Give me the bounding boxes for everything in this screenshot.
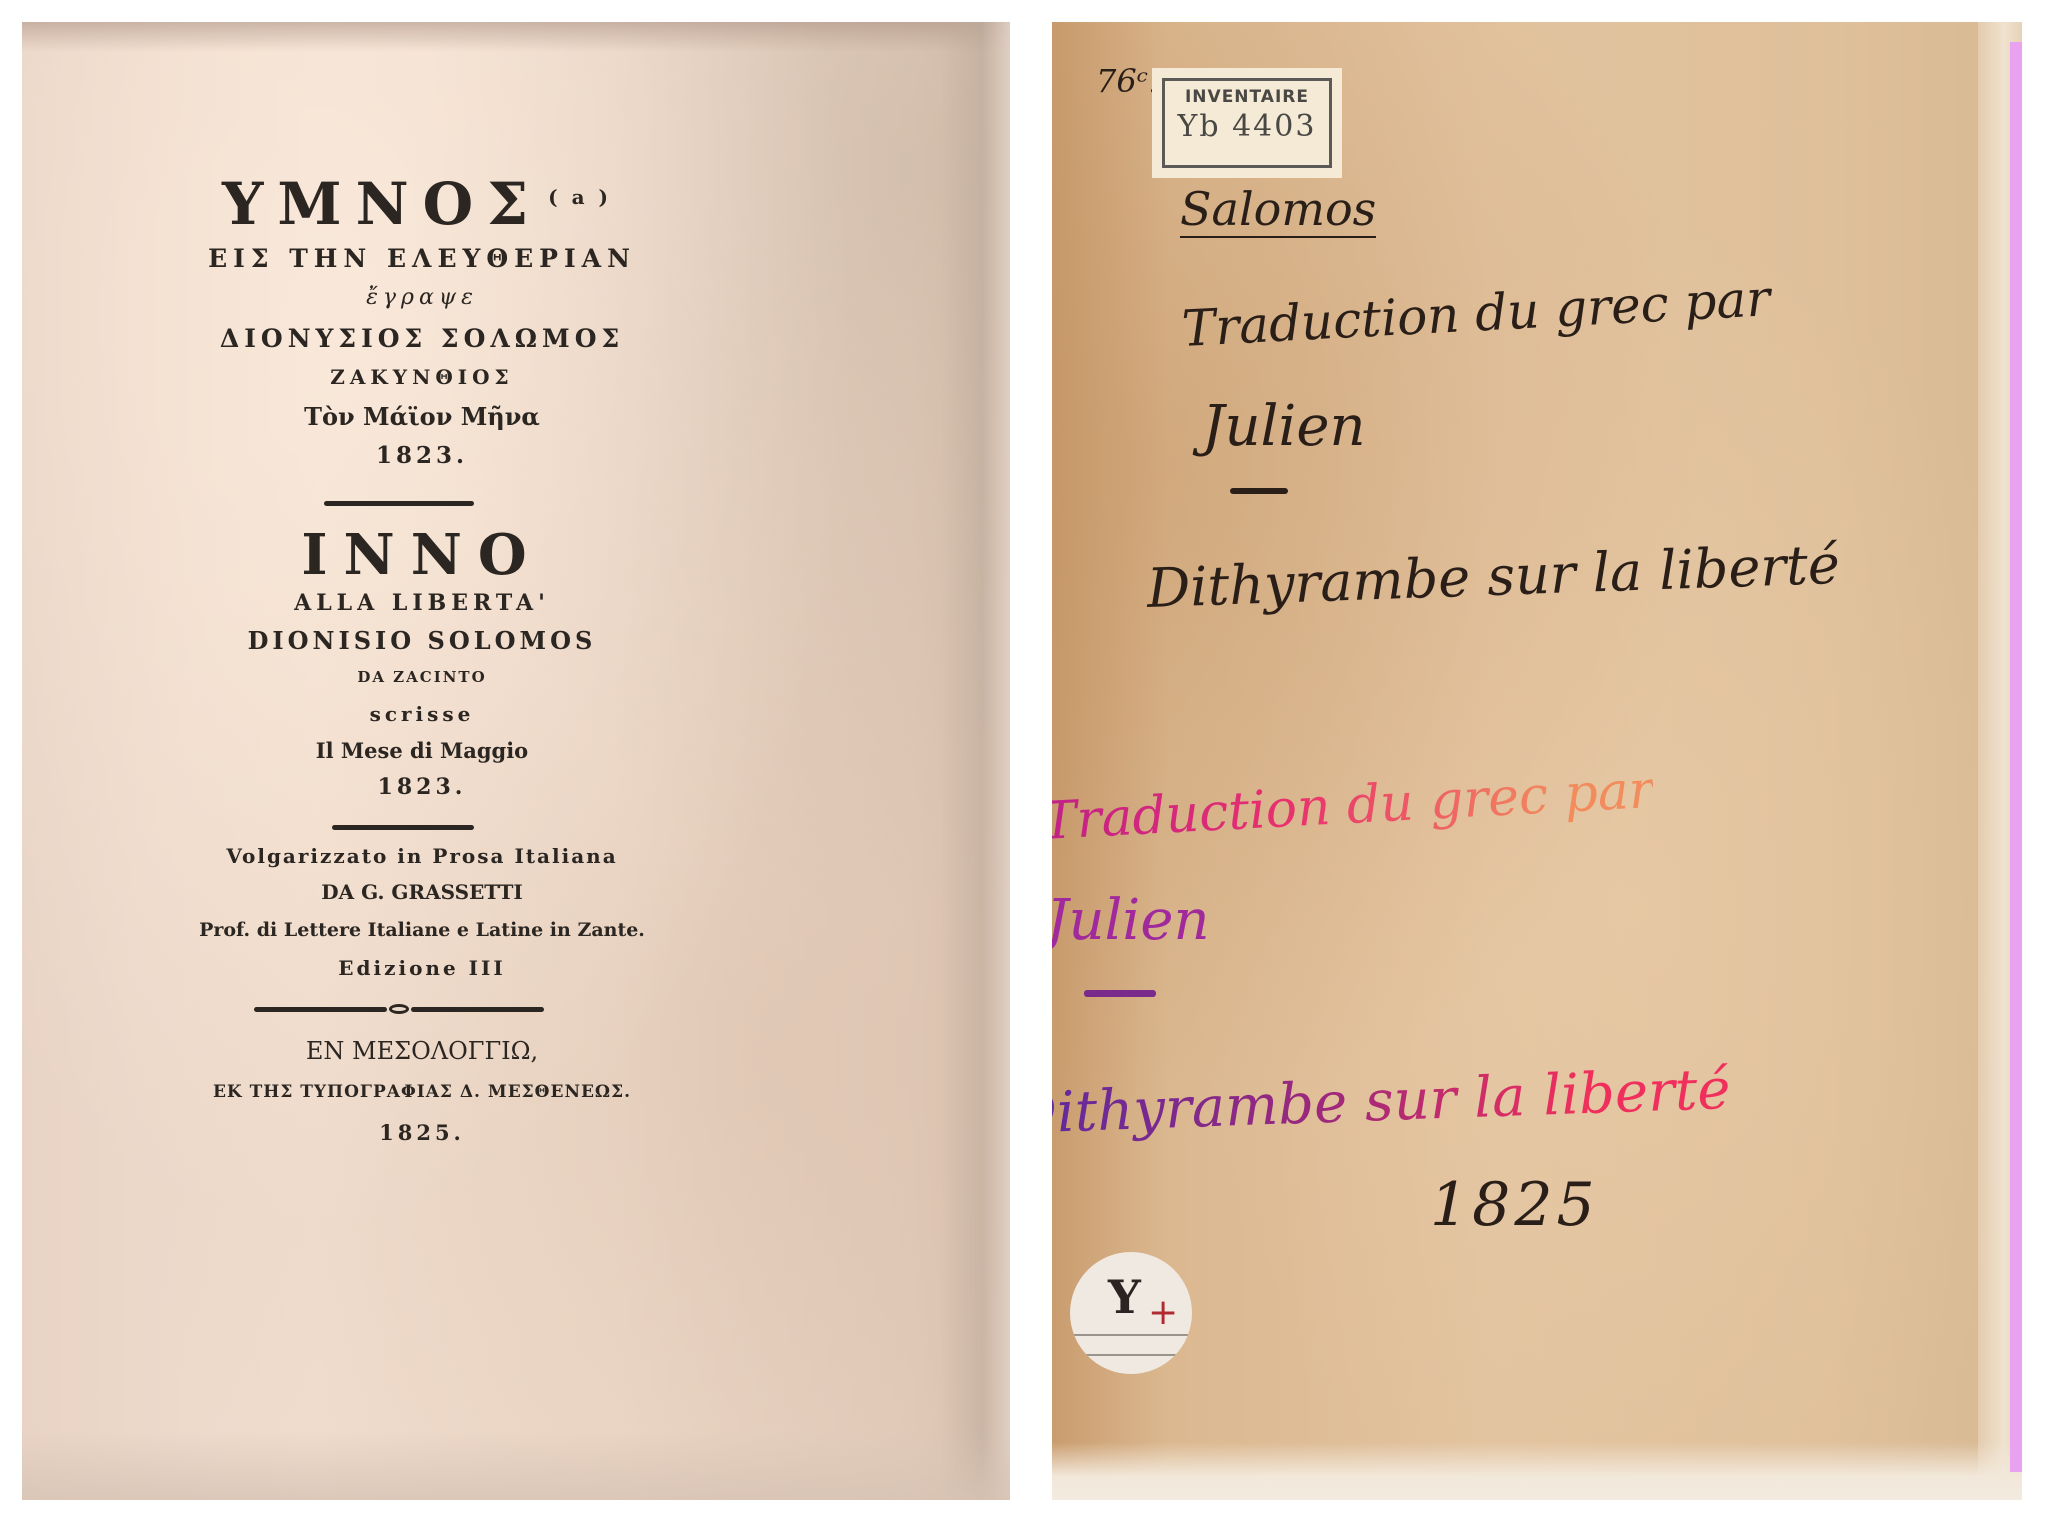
stamp-label: INVENTAIRE [1165, 87, 1329, 107]
italian-origin: DA ZACINTO [22, 668, 822, 686]
italian-wrote: scrisse [22, 702, 822, 726]
footnote-marker: (a) [548, 185, 622, 209]
shelf-mark: 76ᶜ. [1096, 62, 1158, 100]
worn-bottom-edge [22, 1430, 1010, 1500]
divider-rule [332, 825, 474, 830]
italian-year: 1823. [22, 774, 822, 800]
place-of-publication: ΕΝ ΜΕΣΟΛΟΓΓΙΩ, [22, 1037, 822, 1065]
greek-author: ΔΙΟΝΥΣΙΟΣ ΣΟΛΩΜΟΣ [22, 324, 822, 353]
translator-title: Prof. di Lettere Italiane e Latine in Za… [22, 919, 822, 941]
note-title-colored: Dithyrambe sur la liberté [1052, 1057, 1731, 1147]
greek-origin: ΖΑΚΥΝΘΙΟΣ [22, 365, 822, 389]
disc-letter: Y [1108, 1270, 1141, 1324]
left-title-page: ΥΜΝΟΣ(a) ΕΙΣ ΤΗΝ ΕΛΕΥΘΕΡΙΑΝ ἔγραψε ΔΙΟΝΥ… [22, 22, 1010, 1500]
stamp-border: INVENTAIRE Yb 4403 [1162, 78, 1332, 168]
ornament-knot [389, 1004, 409, 1014]
note-translation-colored: Traduction du grec par [1052, 760, 1655, 852]
greek-month: Τὸν Μάϊον Μῆνα [22, 402, 822, 431]
author-note: Salomos [1180, 182, 1376, 238]
underline-mark [1230, 488, 1288, 494]
note-title-black: Dithyrambe sur la liberté [1146, 533, 1841, 620]
translator: DA G. GRASSETTI [22, 880, 822, 904]
edition: Edizione III [22, 956, 822, 980]
italian-subtitle: ALLA LIBERTA' [22, 590, 822, 616]
disc-mark: + [1148, 1292, 1178, 1333]
greek-subtitle: ΕΙΣ ΤΗΝ ΕΛΕΥΘΕΡΙΑΝ [22, 244, 822, 273]
ornamental-divider [254, 1004, 544, 1014]
worn-bottom-edge [1052, 1442, 2022, 1500]
disc-rule [1070, 1354, 1192, 1356]
worn-top-edge [22, 22, 1010, 52]
worn-right-edge [940, 22, 1010, 1500]
greek-wrote: ἔγραψε [22, 285, 822, 310]
italian-title: INNO [22, 522, 822, 588]
translation-note: Volgarizzato in Prosa Italiana [22, 844, 822, 868]
magenta-edge [2010, 42, 2022, 1472]
underline-mark-colored [1084, 990, 1156, 997]
greek-year: 1823. [22, 442, 822, 469]
italian-month: Il Mese di Maggio [22, 738, 822, 763]
right-cover-page: 76ᶜ. INVENTAIRE Yb 4403 Salomos Traducti… [1052, 22, 2022, 1500]
printer: ΕΚ ΤΗΣ ΤΥΠΟΓΡΑΦΙΑΣ Δ. ΜΕΣΘΕΝΕΩΣ. [22, 1082, 822, 1102]
library-label-disc: Y + [1070, 1252, 1192, 1374]
inventory-stamp: INVENTAIRE Yb 4403 [1152, 68, 1342, 178]
greek-title-text: ΥΜΝΟΣ [222, 170, 542, 238]
handwritten-year: 1825 [1430, 1170, 1599, 1240]
stamp-number: Yb 4403 [1165, 109, 1329, 144]
publication-year: 1825. [22, 1120, 822, 1145]
greek-title: ΥΜΝΟΣ(a) [22, 170, 822, 238]
disc-rule [1070, 1334, 1192, 1336]
note-translation-black: Traduction du grec par [1180, 269, 1771, 358]
note-translator-black: Julien [1202, 394, 1366, 459]
italian-author: DIONISIO SOLOMOS [22, 626, 822, 655]
note-translator-colored: Julien [1052, 888, 1210, 953]
divider-rule [324, 501, 474, 506]
